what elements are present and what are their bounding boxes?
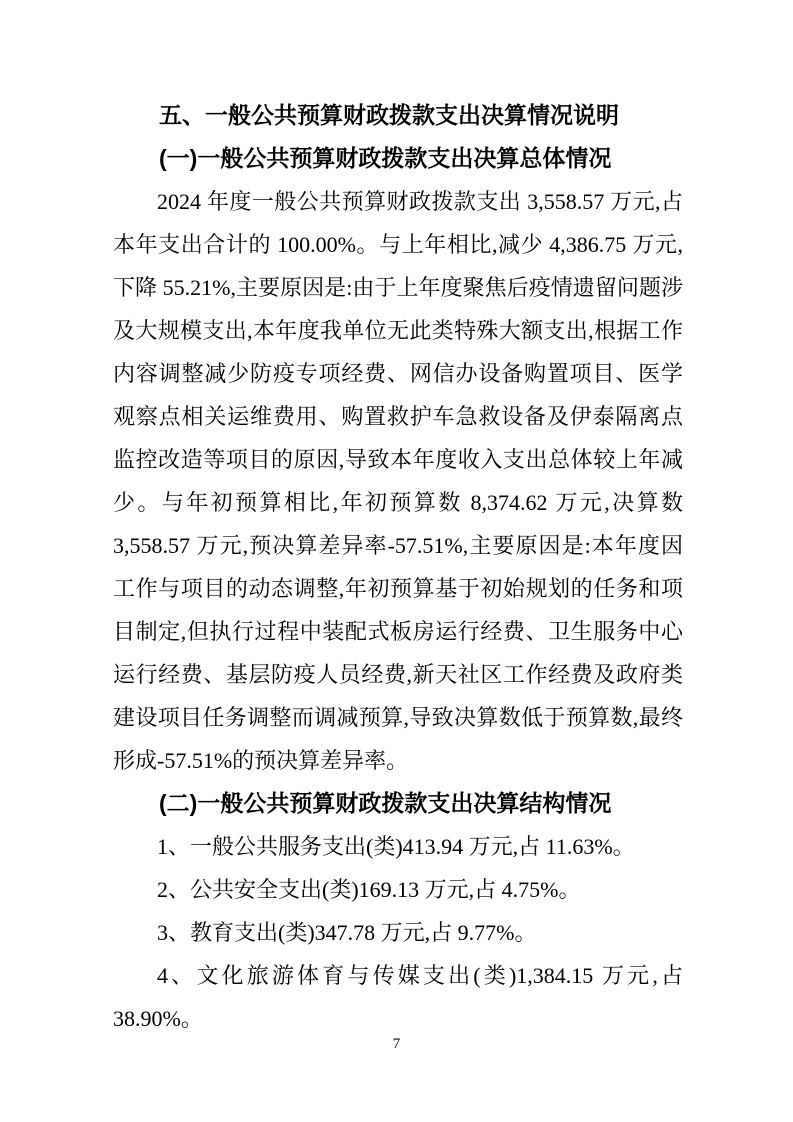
expenditure-item-public-safety: 2、公共安全支出(类)169.13 万元,占 4.75%。 bbox=[113, 868, 683, 911]
section-overall-heading: (一)一般公共预算财政拨款支出决算总体情况 bbox=[113, 137, 683, 180]
expenditure-item-general-public-services: 1、一般公共服务支出(类)413.94 万元,占 11.63%。 bbox=[113, 825, 683, 868]
document-page: 五、一般公共预算财政拨款支出决算情况说明 (一)一般公共预算财政拨款支出决算总体… bbox=[0, 0, 793, 1122]
document-body: 五、一般公共预算财政拨款支出决算情况说明 (一)一般公共预算财政拨款支出决算总体… bbox=[113, 94, 683, 1040]
document-title: 五、一般公共预算财政拨款支出决算情况说明 bbox=[113, 94, 683, 137]
expenditure-item-education: 3、教育支出(类)347.78 万元,占 9.77%。 bbox=[113, 911, 683, 954]
expenditure-item-culture-tourism-sports-media: 4、文化旅游体育与传媒支出(类)1,384.15 万元,占 38.90%。 bbox=[113, 954, 683, 1040]
section-structure-heading: (二)一般公共预算财政拨款支出决算结构情况 bbox=[113, 782, 683, 825]
section-overall-paragraph: 2024 年度一般公共预算财政拨款支出 3,558.57 万元,占本年支出合计的… bbox=[113, 180, 683, 782]
page-number: 7 bbox=[0, 1036, 793, 1053]
